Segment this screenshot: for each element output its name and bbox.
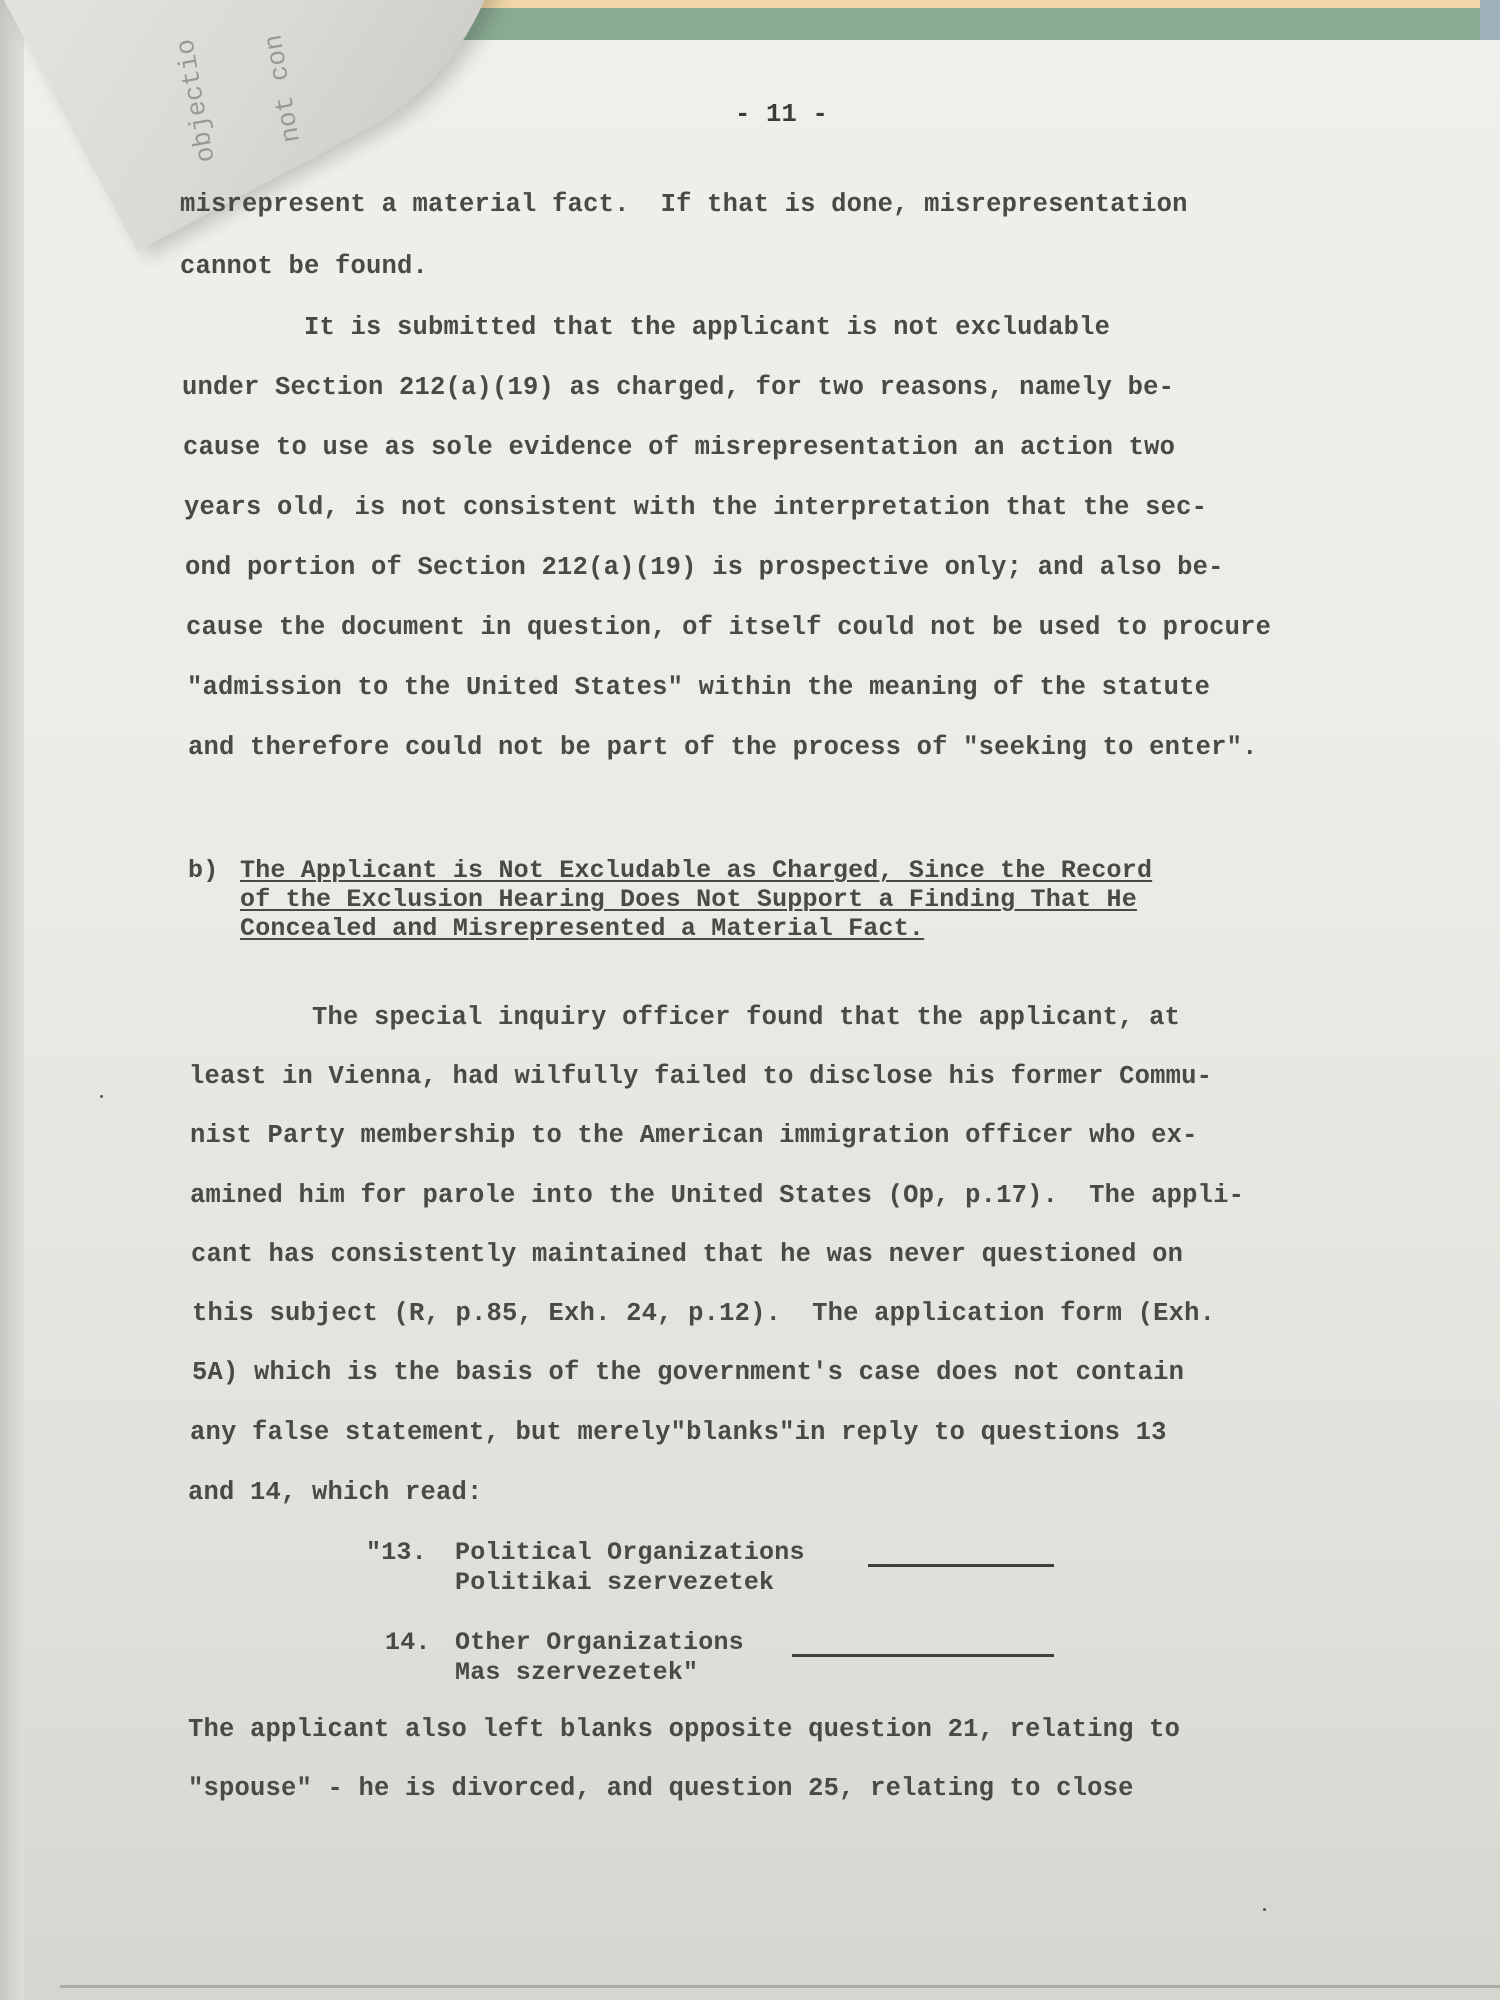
text-line: misrepresent a material fact. If that is… [180,190,1188,219]
text-line: The applicant also left blanks opposite … [188,1715,1180,1744]
text-line: amined him for parole into the United St… [190,1181,1244,1210]
question-hungarian: Politikai szervezetek [455,1570,774,1595]
answer-blank [792,1630,1054,1657]
question-number: "13. [366,1540,427,1565]
text-line: nist Party membership to the American im… [190,1121,1198,1150]
text-line: cannot be found. [180,252,428,281]
text-line: and therefore could not be part of the p… [188,733,1258,762]
paper-speck [100,1095,103,1098]
question-english: Other Organizations [455,1630,744,1655]
heading-line: The Applicant is Not Excludable as Charg… [240,858,1152,883]
text-line: cause the document in question, of itsel… [186,613,1271,642]
text-line: and 14, which read: [188,1478,483,1507]
text-line: The special inquiry officer found that t… [188,1003,1180,1032]
question-hungarian: Mas szervezetek" [455,1660,698,1685]
text-line: It is submitted that the applicant is no… [180,313,1110,342]
text-line: "admission to the United States" within … [187,673,1210,702]
text-line: 5A) which is the basis of the government… [192,1358,1184,1387]
text-line: any false statement, but merely"blanks"i… [190,1418,1167,1447]
heading-line: Concealed and Misrepresented a Material … [240,916,924,941]
text-line: least in Vienna, had wilfully failed to … [189,1062,1212,1091]
paper-speck [1263,1908,1266,1911]
question-english: Political Organizations [455,1540,805,1565]
typed-document: - 11 - misrepresent a material fact. If … [0,0,1500,2000]
text-line: cant has consistently maintained that he… [191,1240,1183,1269]
answer-blank [868,1540,1054,1567]
text-line: "spouse" - he is divorced, and question … [188,1774,1134,1803]
text-line: this subject (R, p.85, Exh. 24, p.12). T… [192,1299,1215,1328]
page-number: - 11 - [735,100,828,129]
text-line: cause to use as sole evidence of misrepr… [183,433,1175,462]
question-number: 14. [385,1630,431,1655]
text-line: years old, is not consistent with the in… [184,493,1207,522]
text-line: ond portion of Section 212(a)(19) is pro… [185,553,1224,582]
heading-marker: b) [188,858,218,883]
heading-line: of the Exclusion Hearing Does Not Suppor… [240,887,1137,912]
text-line: under Section 212(a)(19) as charged, for… [182,373,1174,402]
